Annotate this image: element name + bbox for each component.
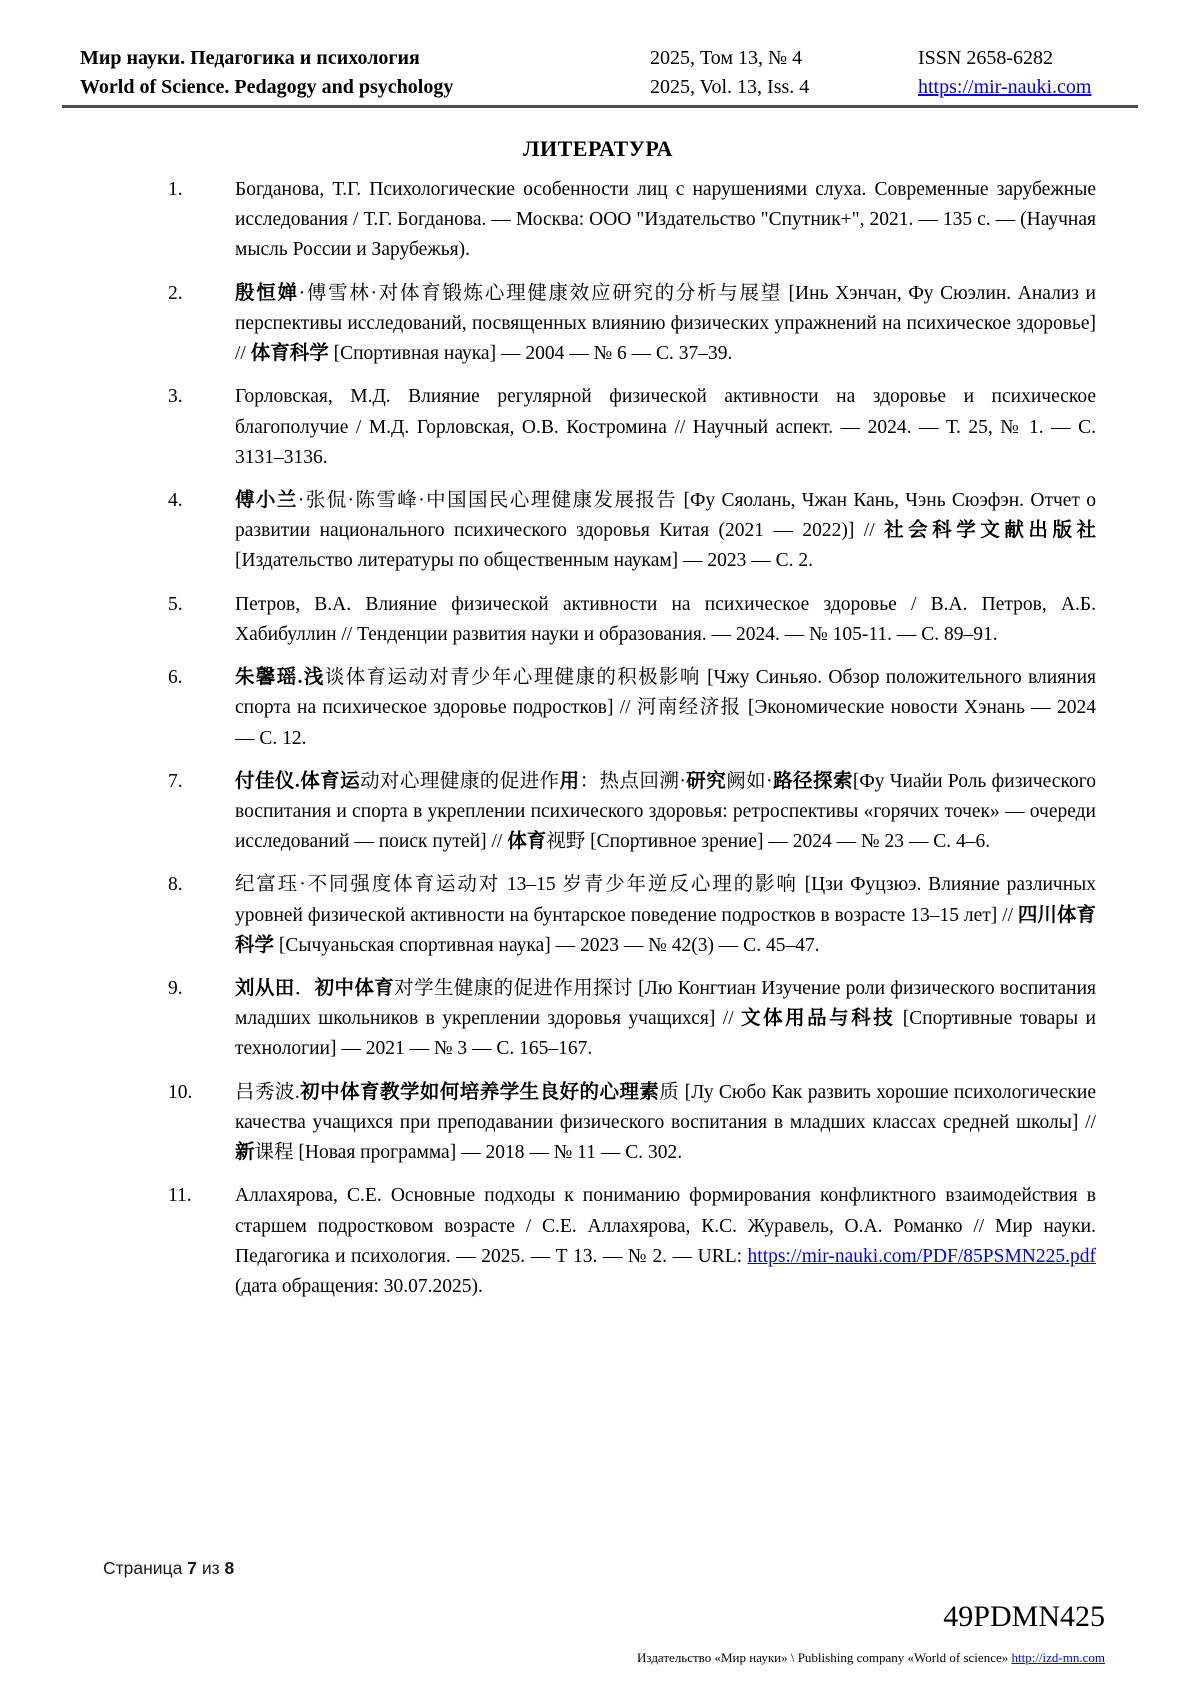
reference-number: 3.	[168, 382, 235, 473]
reference-segment: 傅小兰	[235, 490, 298, 511]
reference-segment: [Спортивная наука] — 2004 — № 6 — С. 37–…	[329, 343, 733, 364]
reference-segment: 新	[235, 1142, 255, 1163]
reference-segment: (дата обращения: 30.07.2025).	[235, 1276, 483, 1297]
reference-item: 3.Горловская, М.Д. Влияние регулярной фи…	[168, 382, 1096, 473]
reference-number: 2.	[168, 279, 235, 370]
reference-segment: 纪富珏·不同强度体育运动对 13–15 岁青少年逆反心理的影响 [Цзи Фуц…	[235, 874, 1096, 925]
reference-text: Аллахярова, С.Е. Основные подходы к пони…	[235, 1181, 1096, 1302]
reference-segment: Богданова, Т.Г. Психологические особенно…	[235, 179, 1096, 260]
reference-segment: 课程 [Новая программа] — 2018 — № 11 — С. …	[255, 1142, 683, 1163]
reference-text: Горловская, М.Д. Влияние регулярной физи…	[235, 382, 1096, 473]
reference-text: 殷恒婵·傅雪林·对体育锻炼心理健康效应研究的分析与展望 [Инь Хэнчан,…	[235, 279, 1096, 370]
journal-title-ru: Мир науки. Педагогика и психология	[80, 44, 650, 73]
reference-segment: 初中体育教学如何培养学生良好的心理素	[300, 1082, 660, 1103]
publisher-text: Издательство «Мир науки» \ Publishing co…	[637, 1650, 1011, 1665]
reference-number: 9.	[168, 974, 235, 1065]
reference-text: 付佳仪.体育运动对心理健康的促进作用：热点回溯·研究阙如·路径探索[Фу Чиа…	[235, 767, 1096, 858]
reference-item: 1.Богданова, Т.Г. Психологические особен…	[168, 175, 1096, 266]
reference-text: 纪富珏·不同强度体育运动对 13–15 岁青少年逆反心理的影响 [Цзи Фуц…	[235, 870, 1096, 961]
reference-text: Богданова, Т.Г. Психологические особенно…	[235, 175, 1096, 266]
reference-text: Петров, В.А. Влияние физической активнос…	[235, 590, 1096, 650]
reference-segment: ：热点回溯·	[580, 771, 686, 792]
reference-link[interactable]: https://mir-nauki.com/PDF/85PSMN225.pdf	[748, 1246, 1096, 1267]
reference-text: 朱馨瑶.浅谈体育运动对青少年心理健康的积极影响 [Чжу Синьяо. Обз…	[235, 663, 1096, 754]
page-total: 8	[225, 1558, 235, 1578]
reference-number: 4.	[168, 486, 235, 577]
header-divider	[62, 105, 1138, 108]
reference-segment: 吕秀波.	[235, 1082, 300, 1103]
publisher-link[interactable]: http://izd-mn.com	[1011, 1650, 1105, 1665]
reference-number: 6.	[168, 663, 235, 754]
reference-text: 傅小兰·张侃·陈雪峰·中国国民心理健康发展报告 [Фу Сяолань, Чжа…	[235, 486, 1096, 577]
section-title: ЛИТЕРАТУРА	[100, 136, 1096, 162]
publisher-line: Издательство «Мир науки» \ Publishing co…	[637, 1650, 1105, 1666]
page-of-label: из	[202, 1558, 220, 1578]
reference-segment: 路径探索	[773, 771, 853, 792]
document-code: 49PDMN425	[943, 1600, 1105, 1634]
page-current: 7	[187, 1558, 197, 1578]
reference-item: 2.殷恒婵·傅雪林·对体育锻炼心理健康效应研究的分析与展望 [Инь Хэнча…	[168, 279, 1096, 370]
reference-item: 5.Петров, В.А. Влияние физической активн…	[168, 590, 1096, 650]
reference-segment: 视野 [Спортивное зрение] — 2024 — № 23 — С…	[546, 831, 990, 852]
reference-text: 吕秀波.初中体育教学如何培养学生良好的心理素质 [Лу Сюбо Как раз…	[235, 1078, 1096, 1169]
reference-number: 8.	[168, 870, 235, 961]
reference-item: 8.纪富珏·不同强度体育运动对 13–15 岁青少年逆反心理的影响 [Цзи Ф…	[168, 870, 1096, 961]
reference-segment: 阙如·	[726, 771, 772, 792]
reference-segment: 体育科学	[251, 343, 329, 364]
issn-block: ISSN 2658-6282 https://mir-nauki.com	[918, 44, 1128, 102]
reference-segment: 刘从田	[235, 978, 295, 999]
reference-item: 9.刘从田．初中体育对学生健康的促进作用探讨 [Лю Конгтиан Изуч…	[168, 974, 1096, 1065]
issn-label: ISSN 2658-6282	[918, 44, 1128, 73]
reference-item: 4.傅小兰·张侃·陈雪峰·中国国民心理健康发展报告 [Фу Сяолань, Ч…	[168, 486, 1096, 577]
reference-segment: 研究	[686, 771, 726, 792]
page-number: Страница 7 из 8	[103, 1558, 234, 1579]
journal-title-en: World of Science. Pedagogy and psycholog…	[80, 73, 650, 102]
reference-segment: 体育	[507, 831, 546, 852]
reference-item: 6.朱馨瑶.浅谈体育运动对青少年心理健康的积极影响 [Чжу Синьяо. О…	[168, 663, 1096, 754]
reference-segment: ．	[295, 978, 315, 999]
reference-item: 10.吕秀波.初中体育教学如何培养学生良好的心理素质 [Лу Сюбо Как …	[168, 1078, 1096, 1169]
reference-segment: [Сычуаньская спортивная наука] — 2023 — …	[274, 935, 820, 956]
reference-segment: 朱馨瑶.浅	[235, 667, 325, 688]
reference-segment: 殷恒婵	[235, 283, 299, 304]
reference-segment: Петров, В.А. Влияние физической активнос…	[235, 594, 1096, 645]
issue-info: 2025, Том 13, № 4 2025, Vol. 13, Iss. 4	[650, 44, 918, 102]
reference-segment: 初中体育	[315, 978, 395, 999]
reference-segment: 文体用品与科技	[741, 1008, 895, 1029]
journal-titles: Мир науки. Педагогика и психология World…	[80, 44, 650, 102]
reference-number: 10.	[168, 1078, 235, 1169]
reference-segment: 社会科学文献出版社	[884, 520, 1096, 541]
document-page: Мир науки. Педагогика и психология World…	[0, 0, 1200, 1697]
reference-list: 1.Богданова, Т.Г. Психологические особен…	[168, 175, 1096, 1315]
reference-item: 11.Аллахярова, С.Е. Основные подходы к п…	[168, 1181, 1096, 1302]
reference-segment: [Издательство литературы по общественным…	[235, 550, 813, 571]
reference-text: 刘从田．初中体育对学生健康的促进作用探讨 [Лю Конгтиан Изучен…	[235, 974, 1096, 1065]
reference-number: 1.	[168, 175, 235, 266]
issue-info-en: 2025, Vol. 13, Iss. 4	[650, 73, 918, 102]
reference-segment: 付佳仪.体育运	[235, 771, 360, 792]
journal-site-link[interactable]: https://mir-nauki.com	[918, 76, 1091, 98]
reference-number: 7.	[168, 767, 235, 858]
page-label: Страница	[103, 1558, 182, 1578]
reference-segment: Горловская, М.Д. Влияние регулярной физи…	[235, 386, 1096, 467]
journal-header: Мир науки. Педагогика и психология World…	[80, 44, 1128, 102]
reference-number: 11.	[168, 1181, 235, 1302]
reference-segment: 动对心理健康的促进作	[360, 771, 560, 792]
reference-item: 7.付佳仪.体育运动对心理健康的促进作用：热点回溯·研究阙如·路径探索[Фу Ч…	[168, 767, 1096, 858]
reference-number: 5.	[168, 590, 235, 650]
issue-info-ru: 2025, Том 13, № 4	[650, 44, 918, 73]
reference-segment: 用	[560, 771, 580, 792]
